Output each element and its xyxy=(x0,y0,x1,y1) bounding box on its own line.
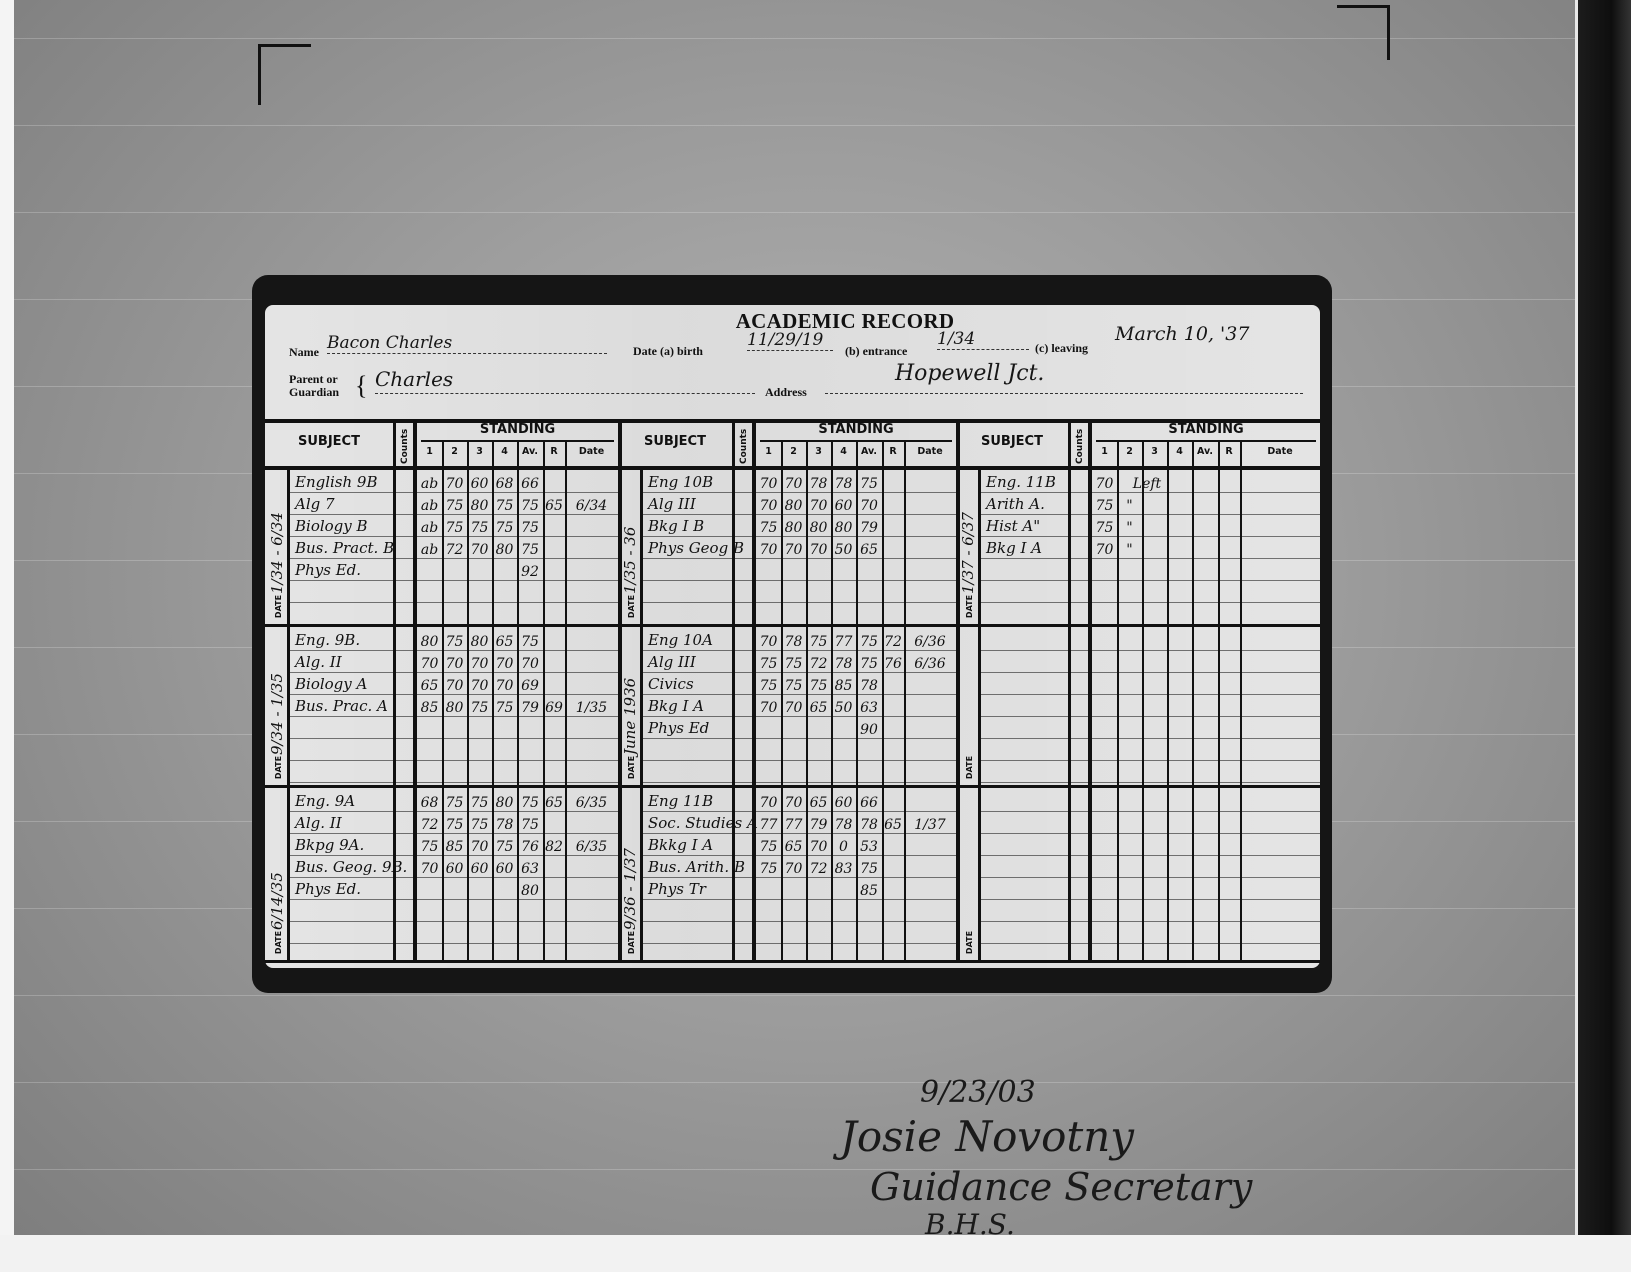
row-rule xyxy=(643,760,956,761)
grade-cell: 70 xyxy=(756,796,781,810)
grade-cell: 65 xyxy=(492,635,517,649)
grade-cell: 6/35 xyxy=(565,840,618,854)
standing-column-rule xyxy=(1240,440,1242,960)
row-rule xyxy=(643,855,956,856)
grade-cell: 63 xyxy=(517,862,543,876)
row-rule xyxy=(643,536,956,537)
row-rule xyxy=(290,760,618,761)
grade-cell: 75 xyxy=(517,521,543,535)
subject-cell: Bkpg 9A. xyxy=(295,838,364,853)
grade-cell: 80 xyxy=(492,796,517,810)
row-rule xyxy=(643,877,956,878)
grade-cell: 79 xyxy=(806,818,831,832)
grade-cell: 70 xyxy=(781,543,806,557)
column-header-3: 4 xyxy=(1167,446,1192,457)
grade-cell: 66 xyxy=(517,477,543,491)
grade-cell: 1/37 xyxy=(904,818,956,832)
subject-cell: Bus. Arith. B xyxy=(648,860,745,875)
date-side-label: DATE xyxy=(965,595,974,618)
date-side-label: DATE xyxy=(274,931,283,954)
parent-value: Charles xyxy=(375,367,453,391)
grade-cell: 92 xyxy=(517,565,543,579)
counts-header: Counts xyxy=(1075,424,1085,464)
section-date: June 1936 xyxy=(621,678,639,755)
grade-cell: 69 xyxy=(543,701,565,715)
grade-cell: 1/35 xyxy=(565,701,618,715)
row-rule xyxy=(981,536,1320,537)
grade-cell: 83 xyxy=(831,862,856,876)
grade-cell: " xyxy=(1117,499,1142,513)
grade-cell: 78 xyxy=(831,477,856,491)
grade-cell: 85 xyxy=(417,701,442,715)
column-header-1: 2 xyxy=(1117,446,1142,457)
grade-cell: 75 xyxy=(442,499,467,513)
row-rule xyxy=(290,899,618,900)
grade-cell: 70 xyxy=(756,499,781,513)
grade-cell: " xyxy=(1117,543,1142,557)
grade-cell: 75 xyxy=(517,499,543,513)
grade-cell: 80 xyxy=(781,521,806,535)
grade-cell: 75 xyxy=(492,521,517,535)
grade-cell: 65 xyxy=(417,679,442,693)
subject-cell: Alg. II xyxy=(295,655,342,670)
grade-cell: 65 xyxy=(781,840,806,854)
grade-cell: 77 xyxy=(781,818,806,832)
row-rule xyxy=(981,921,1320,922)
birth-value: 11/29/19 xyxy=(747,330,833,351)
grade-cell: 75 xyxy=(442,521,467,535)
date-side-label: DATE xyxy=(965,756,974,779)
grade-cell: 85 xyxy=(442,840,467,854)
grade-cell: 60 xyxy=(467,862,492,876)
grade-cell: 6/35 xyxy=(565,796,618,810)
section-rule xyxy=(265,624,1320,627)
name-value: Bacon Charles xyxy=(327,333,607,354)
grade-cell: 70 xyxy=(806,543,831,557)
subject-cell: Eng. 9B. xyxy=(295,633,360,648)
subject-cell: Phys Geog B xyxy=(648,541,744,556)
grade-cell: 50 xyxy=(831,701,856,715)
grade-cell: 75 xyxy=(442,818,467,832)
grade-cell: 75 xyxy=(467,796,492,810)
grade-cell: 75 xyxy=(492,499,517,513)
grade-cell: 63 xyxy=(856,701,882,715)
grade-cell: 78 xyxy=(831,818,856,832)
subject-cell: Eng 10B xyxy=(648,475,713,490)
address-value: Hopewell Jct. xyxy=(895,361,1044,386)
grade-cell: 75 xyxy=(492,701,517,715)
grade-cell: 65 xyxy=(543,796,565,810)
grade-cell: 65 xyxy=(882,818,904,832)
row-rule xyxy=(290,877,618,878)
subject-cell: Bkg I A xyxy=(648,699,704,714)
grade-cell: 85 xyxy=(856,884,882,898)
grade-cell: 80 xyxy=(781,499,806,513)
grade-cell: 75 xyxy=(517,818,543,832)
column-header-2: 3 xyxy=(1142,446,1167,457)
column-header-1: 2 xyxy=(781,446,806,457)
grade-cell: ab xyxy=(417,543,442,557)
date-column-rule xyxy=(287,466,290,960)
column-header-0: 1 xyxy=(417,446,442,457)
subject-cell: Bus. Geog. 9B. xyxy=(295,860,407,875)
grade-cell: 60 xyxy=(492,862,517,876)
grade-cell: 72 xyxy=(882,635,904,649)
subject-cell: Alg. II xyxy=(295,816,342,831)
row-rule xyxy=(290,514,618,515)
column-header-4: Av. xyxy=(856,446,882,457)
subject-header: SUBJECT xyxy=(618,434,732,449)
grade-cell: Left xyxy=(1117,477,1177,491)
subject-cell: Phys Ed. xyxy=(295,563,361,578)
subject-cell: Phys Ed xyxy=(648,721,709,736)
grade-cell: 79 xyxy=(517,701,543,715)
grade-cell: 70 xyxy=(467,840,492,854)
column-header-1: 2 xyxy=(442,446,467,457)
grade-cell: 75 xyxy=(517,543,543,557)
date-side-label: DATE xyxy=(965,931,974,954)
section-date: 1/34 - 6/34 xyxy=(268,512,286,594)
grade-cell: 70 xyxy=(781,796,806,810)
grade-cell: 50 xyxy=(831,543,856,557)
grade-cell: 75 xyxy=(756,862,781,876)
academic-record-card: ACADEMIC RECORD Name Bacon Charles Date … xyxy=(265,305,1320,968)
grade-cell: 75 xyxy=(517,796,543,810)
grade-cell: 80 xyxy=(517,884,543,898)
row-rule xyxy=(643,921,956,922)
subject-cell: Biology B xyxy=(295,519,368,534)
row-rule xyxy=(981,782,1320,783)
subject-cell: Bkg I A xyxy=(986,541,1042,556)
row-rule xyxy=(981,672,1320,673)
grade-cell: 68 xyxy=(492,477,517,491)
grade-cell: 75 xyxy=(756,679,781,693)
grade-cell: 70 xyxy=(781,701,806,715)
subject-cell: Eng. 11B xyxy=(986,475,1056,490)
date-side-label: DATE xyxy=(627,756,636,779)
row-rule xyxy=(643,580,956,581)
row-rule xyxy=(290,536,618,537)
row-rule xyxy=(290,580,618,581)
date-side-label: DATE xyxy=(627,595,636,618)
bottom-page-edge xyxy=(0,1235,1631,1272)
column-header-2: 3 xyxy=(806,446,831,457)
grade-cell: 77 xyxy=(756,818,781,832)
date-side-label: DATE xyxy=(274,756,283,779)
row-rule xyxy=(981,580,1320,581)
section-date: 9/34 - 1/35 xyxy=(268,673,286,755)
grade-cell: 75 xyxy=(806,635,831,649)
row-rule xyxy=(643,899,956,900)
counts-header: Counts xyxy=(739,424,749,464)
corner-mark-top-right xyxy=(1337,5,1390,60)
standing-column-rule xyxy=(831,440,833,960)
grade-cell: 90 xyxy=(856,723,882,737)
row-rule xyxy=(981,943,1320,944)
standing-column-rule xyxy=(1142,440,1144,960)
grade-cell: 70 xyxy=(856,499,882,513)
section-date: 1/35 - 36 xyxy=(621,527,639,594)
subject-cell: Arith A. xyxy=(986,497,1045,512)
grade-cell: 75 xyxy=(492,840,517,854)
grade-cell: 77 xyxy=(831,635,856,649)
leaving-label: (c) leaving xyxy=(1035,341,1088,356)
section-date: 6/14/35 xyxy=(268,872,286,930)
subject-cell: Bkkg I A xyxy=(648,838,713,853)
grade-cell: 80 xyxy=(417,635,442,649)
grade-cell: 76 xyxy=(517,840,543,854)
subject-header: SUBJECT xyxy=(956,434,1068,449)
grade-cell: 70 xyxy=(417,657,442,671)
standing-column-rule xyxy=(1218,440,1220,960)
section-date: 9/36 - 1/37 xyxy=(621,848,639,930)
grade-cell: 75 xyxy=(856,635,882,649)
grade-cell: 75 xyxy=(781,657,806,671)
subject-cell: Bus. Pract. B xyxy=(295,541,394,556)
grade-cell: ab xyxy=(417,499,442,513)
grade-cell: 75 xyxy=(467,701,492,715)
grade-cell: " xyxy=(1117,521,1142,535)
row-rule xyxy=(643,811,956,812)
row-rule xyxy=(290,943,618,944)
column-header-0: 1 xyxy=(756,446,781,457)
row-rule xyxy=(643,492,956,493)
grade-cell: 78 xyxy=(831,657,856,671)
subject-cell: Biology A xyxy=(295,677,367,692)
grade-cell: 60 xyxy=(467,477,492,491)
annotation-date: 9/23/03 xyxy=(920,1075,1036,1110)
grade-cell: 80 xyxy=(492,543,517,557)
grade-cell: 69 xyxy=(517,679,543,693)
grade-cell: 70 xyxy=(492,679,517,693)
subject-column-rule xyxy=(1068,419,1071,960)
column-header-6: Date xyxy=(904,446,956,457)
subject-cell: Eng. 9A xyxy=(295,794,355,809)
date-side-label: DATE xyxy=(274,595,283,618)
standing-column-rule xyxy=(565,440,567,960)
column-header-5: R xyxy=(1218,446,1240,457)
row-rule xyxy=(981,877,1320,878)
name-label: Name xyxy=(289,345,319,360)
standing-header: STANDING xyxy=(1092,422,1320,437)
grade-cell: 75 xyxy=(856,477,882,491)
row-rule xyxy=(981,760,1320,761)
subject-header: SUBJECT xyxy=(265,434,393,449)
grade-cell: 6/36 xyxy=(904,657,956,671)
standing-column-rule xyxy=(517,440,519,960)
row-rule xyxy=(981,650,1320,651)
row-rule xyxy=(981,694,1320,695)
grid-bottom-rule xyxy=(265,960,1320,963)
grade-cell: 78 xyxy=(856,818,882,832)
subject-column-rule xyxy=(732,419,735,960)
subject-cell: Eng 10A xyxy=(648,633,713,648)
column-header-4: Av. xyxy=(517,446,543,457)
subject-cell: Civics xyxy=(648,677,694,692)
row-rule xyxy=(643,514,956,515)
right-dark-band xyxy=(1575,0,1631,1235)
grade-cell: ab xyxy=(417,477,442,491)
grade-cell: 70 xyxy=(467,679,492,693)
grade-cell: 70 xyxy=(756,635,781,649)
standing-column-rule xyxy=(856,440,858,960)
parent-label: Parent or Guardian xyxy=(289,373,339,399)
entrance-label: (b) entrance xyxy=(845,344,907,359)
column-header-2: 3 xyxy=(467,446,492,457)
grade-cell: 70 xyxy=(756,701,781,715)
subject-cell: Bkg I B xyxy=(648,519,704,534)
column-header-3: 4 xyxy=(831,446,856,457)
grade-cell: 80 xyxy=(831,521,856,535)
grade-cell: ab xyxy=(417,521,442,535)
grade-cell: 75 xyxy=(756,657,781,671)
annotation-title: Guidance Secretary xyxy=(870,1165,1252,1209)
standing-column-rule xyxy=(1167,440,1169,960)
grade-cell: 70 xyxy=(756,477,781,491)
grade-cell: 78 xyxy=(781,635,806,649)
subject-cell: Alg III xyxy=(648,497,696,512)
row-rule xyxy=(643,672,956,673)
standing-column-rule xyxy=(806,440,808,960)
grade-cell: 70 xyxy=(1092,477,1117,491)
standing-column-rule xyxy=(781,440,783,960)
row-rule xyxy=(290,672,618,673)
grade-cell: 60 xyxy=(442,862,467,876)
row-rule xyxy=(981,833,1320,834)
grade-cell: 6/34 xyxy=(565,499,618,513)
grade-cell: 75 xyxy=(467,818,492,832)
grade-cell: 60 xyxy=(831,499,856,513)
grade-cell: 60 xyxy=(831,796,856,810)
entrance-value: 1/34 xyxy=(937,329,1029,350)
grade-cell: 70 xyxy=(467,543,492,557)
row-rule xyxy=(643,602,956,603)
parent-label-line2: Guardian xyxy=(289,386,339,399)
grade-cell: 66 xyxy=(856,796,882,810)
grid-header-rule xyxy=(265,466,1320,470)
row-rule xyxy=(981,514,1320,515)
column-header-6: Date xyxy=(565,446,618,457)
standing-column-rule xyxy=(904,440,906,960)
standing-header: STANDING xyxy=(756,422,956,437)
grade-cell: 75 xyxy=(856,862,882,876)
grade-cell: 75 xyxy=(467,521,492,535)
subject-cell: Alg III xyxy=(648,655,696,670)
date-side-label: DATE xyxy=(627,931,636,954)
address-dashline xyxy=(825,393,1303,394)
grade-cell: 70 xyxy=(781,477,806,491)
grade-cell: 65 xyxy=(856,543,882,557)
subject-cell: Hist A" xyxy=(986,519,1040,534)
row-rule xyxy=(290,921,618,922)
grade-cell: 75 xyxy=(756,521,781,535)
row-rule xyxy=(643,782,956,783)
row-rule xyxy=(290,782,618,783)
grade-cell: 78 xyxy=(492,818,517,832)
row-rule xyxy=(981,811,1320,812)
grade-cell: 70 xyxy=(806,499,831,513)
grade-cell: 75 xyxy=(856,657,882,671)
row-rule xyxy=(981,899,1320,900)
grade-cell: 65 xyxy=(543,499,565,513)
grade-cell: 75 xyxy=(442,796,467,810)
row-rule xyxy=(981,738,1320,739)
grade-cell: 70 xyxy=(442,657,467,671)
standing-column-rule xyxy=(1192,440,1194,960)
standing-column-rule xyxy=(1117,440,1119,960)
leaving-value: March 10, '37 xyxy=(1115,323,1249,345)
column-header-5: R xyxy=(882,446,904,457)
annotation-name: Josie Novotny xyxy=(840,1112,1134,1161)
row-rule xyxy=(981,716,1320,717)
grade-cell: 70 xyxy=(467,657,492,671)
row-rule xyxy=(290,602,618,603)
standing-column-rule xyxy=(467,440,469,960)
grade-cell: 53 xyxy=(856,840,882,854)
birth-label: Date (a) birth xyxy=(633,344,703,359)
column-header-6: Date xyxy=(1240,446,1320,457)
grade-cell: 70 xyxy=(492,657,517,671)
grade-cell: 82 xyxy=(543,840,565,854)
row-rule xyxy=(981,492,1320,493)
grade-cell: 85 xyxy=(831,679,856,693)
row-rule xyxy=(643,716,956,717)
grade-cell: 80 xyxy=(806,521,831,535)
subject-cell: Bus. Prac. A xyxy=(295,699,388,714)
row-rule xyxy=(643,833,956,834)
standing-column-rule xyxy=(442,440,444,960)
row-rule xyxy=(290,650,618,651)
row-rule xyxy=(643,558,956,559)
grade-cell: 75 xyxy=(806,679,831,693)
grade-cell: 75 xyxy=(417,840,442,854)
grade-cell: 72 xyxy=(806,862,831,876)
grade-cell: 75 xyxy=(1092,499,1117,513)
grade-cell: 70 xyxy=(1092,543,1117,557)
column-header-4: Av. xyxy=(1192,446,1218,457)
grade-cell: 70 xyxy=(517,657,543,671)
row-rule xyxy=(290,855,618,856)
standing-header: STANDING xyxy=(417,422,618,437)
grade-cell: 76 xyxy=(882,657,904,671)
grade-cell: 65 xyxy=(806,796,831,810)
grade-cell: 72 xyxy=(417,818,442,832)
parent-dashline xyxy=(375,393,755,394)
grade-cell: 80 xyxy=(442,701,467,715)
row-rule xyxy=(643,943,956,944)
grade-cell: 80 xyxy=(467,635,492,649)
grade-cell: 6/36 xyxy=(904,635,956,649)
subject-cell: Phys Ed. xyxy=(295,882,361,897)
standing-subrule xyxy=(1096,440,1316,442)
row-rule xyxy=(643,738,956,739)
grade-cell: 78 xyxy=(806,477,831,491)
column-header-0: 1 xyxy=(1092,446,1117,457)
grade-cell: 75 xyxy=(517,635,543,649)
grade-cell: 70 xyxy=(806,840,831,854)
grade-cell: 68 xyxy=(417,796,442,810)
subject-column-rule xyxy=(393,419,396,960)
row-rule xyxy=(643,650,956,651)
row-rule xyxy=(290,716,618,717)
row-rule xyxy=(290,738,618,739)
grade-cell: 70 xyxy=(781,862,806,876)
grade-cell: 72 xyxy=(806,657,831,671)
grade-cell: 70 xyxy=(756,543,781,557)
grade-cell: 72 xyxy=(442,543,467,557)
grade-cell: 75 xyxy=(442,635,467,649)
standing-column-rule xyxy=(492,440,494,960)
